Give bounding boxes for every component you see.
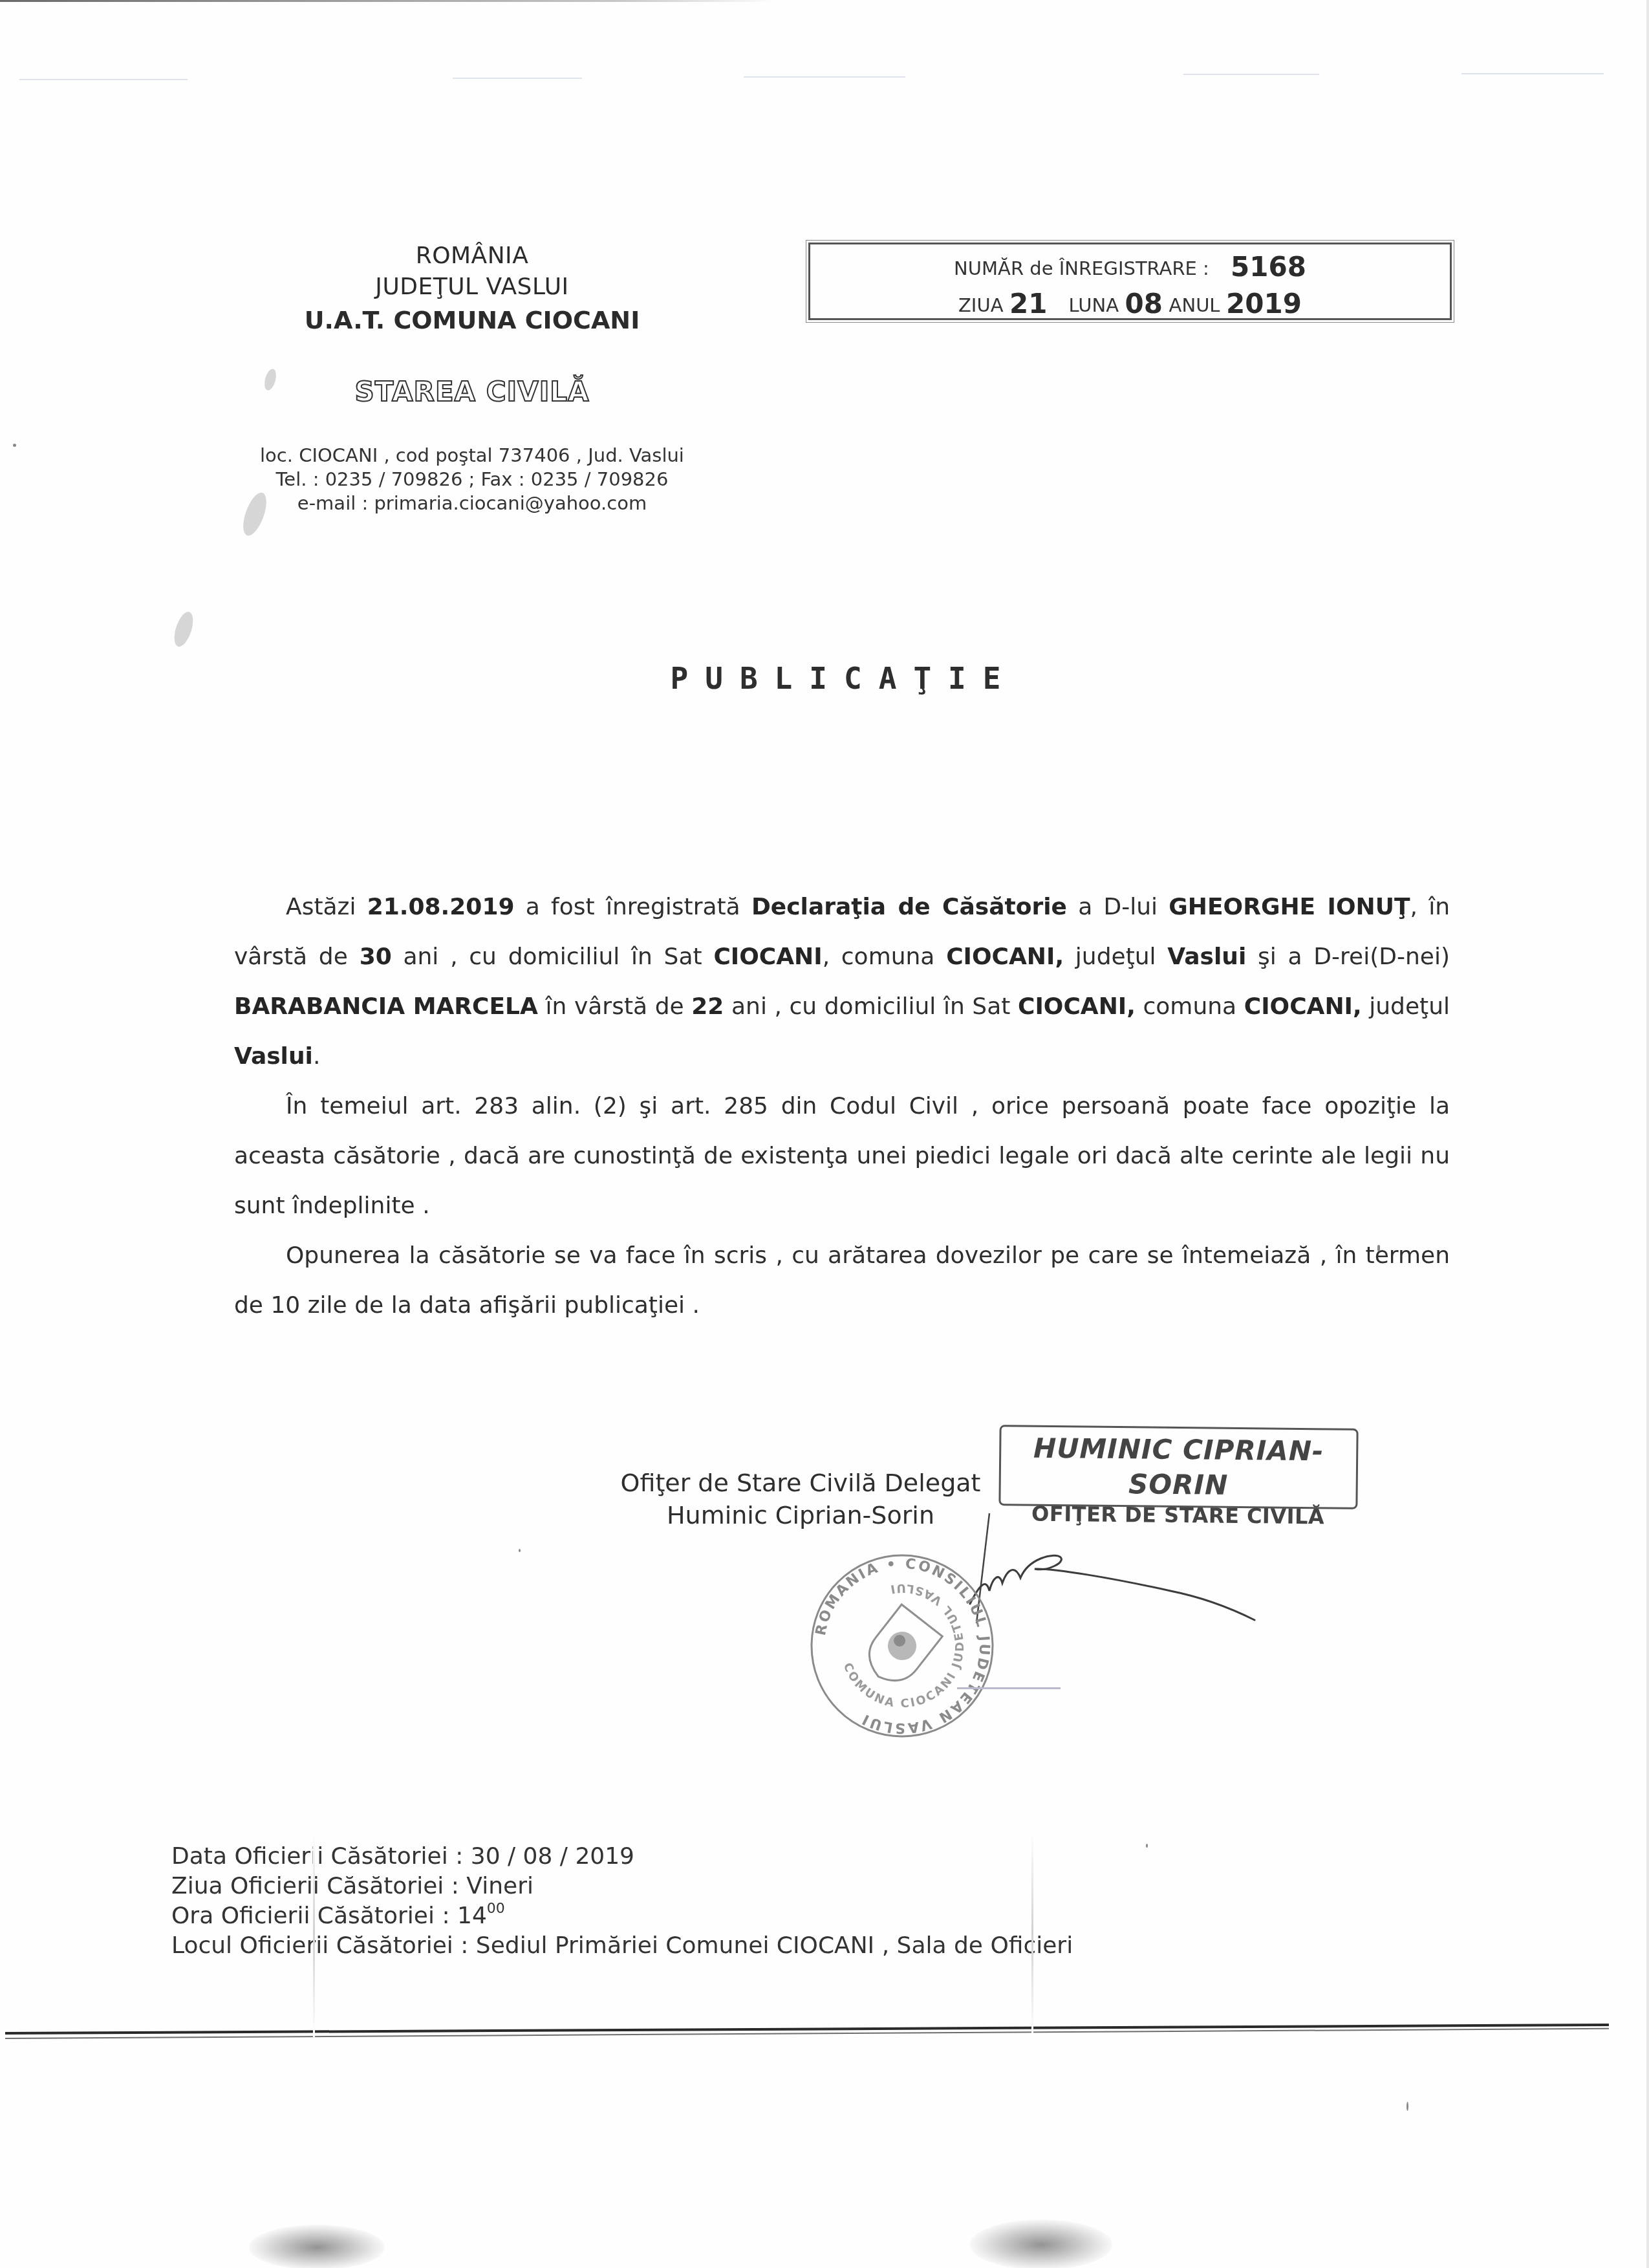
- marriage-place-label: Locul Oficierii Căsătoriei :: [171, 1932, 468, 1959]
- scan-speck: [1406, 2102, 1408, 2111]
- declaration-type: Declaraţia de Căsătorie: [751, 894, 1067, 920]
- registration-number: 5168: [1231, 251, 1306, 283]
- marriage-day-value: Vineri: [466, 1873, 533, 1899]
- publication-body: Astăzi 21.08.2019 a fost înregistrată De…: [234, 882, 1450, 1330]
- email-line: e-mail : primaria.ciocani@yahoo.com: [239, 491, 705, 515]
- registration-date: 21.08.2019: [367, 894, 515, 920]
- groom-village: CIOCANI: [713, 944, 822, 970]
- bride-commune: CIOCANI,: [1244, 993, 1362, 1020]
- groom-commune: CIOCANI,: [946, 944, 1064, 970]
- marriage-day-label: Ziua Oficierii Căsătoriei :: [171, 1873, 459, 1899]
- marriage-date-row: Data Oficierii Căsătoriei : 30 / 08 / 20…: [171, 1842, 1073, 1872]
- bride-age: 22: [691, 993, 724, 1020]
- officer-signature-block: Ofiţer de Stare Civilă Delegat Huminic C…: [594, 1467, 1008, 1531]
- scan-artifact-line: [957, 1687, 1061, 1689]
- marriage-hour-label: Ora Oficierii Căsătoriei :: [171, 1903, 450, 1929]
- handwritten-signature-icon: [951, 1507, 1287, 1636]
- scan-artifact-line: [1183, 74, 1319, 75]
- document-title: PUBLICAŢIE: [0, 661, 1649, 696]
- day-value: 21: [1009, 288, 1047, 319]
- month-label: LUNA: [1069, 294, 1119, 316]
- marriage-date-value: 30 / 08 / 2019: [471, 1843, 634, 1870]
- scan-roller-smudge: [249, 2225, 385, 2268]
- round-official-seal-icon: ROMANIA • CONSILIUL JUDETEAN VASLUI COMU…: [805, 1549, 999, 1743]
- scan-speck: [1146, 1844, 1148, 1848]
- scan-speck: [519, 1549, 521, 1552]
- month-value: 08: [1125, 288, 1163, 319]
- groom-county: Vaslui: [1167, 944, 1246, 970]
- scan-speck: [13, 444, 16, 447]
- marriage-day-row: Ziua Oficierii Căsătoriei : Vineri: [171, 1872, 1073, 1901]
- marriage-hour-value: 14: [457, 1903, 487, 1929]
- stamp-officer-name: HUMINIC CIPRIAN-SORIN: [1000, 1431, 1356, 1504]
- marriage-place-value: Sediul Primăriei Comunei CIOCANI , Sala …: [476, 1932, 1073, 1959]
- scan-smudge: [171, 610, 197, 649]
- officer-name: Huminic Ciprian-Sorin: [594, 1499, 1008, 1531]
- scanned-page: ROMÂNIA JUDEŢUL VASLUI U.A.T. COMUNA CIO…: [0, 0, 1649, 2268]
- unit-name: U.A.T. COMUNA CIOCANI: [239, 303, 705, 338]
- registration-number-label: NUMĂR de ÎNREGISTRARE :: [954, 257, 1209, 279]
- registration-number-row: NUMĂR de ÎNREGISTRARE : 5168: [810, 250, 1450, 286]
- bride-county: Vaslui: [234, 1043, 313, 1070]
- groom-name: GHEORGHE IONUŢ: [1169, 894, 1410, 920]
- country-name: ROMÂNIA: [239, 241, 705, 272]
- marriage-details: Data Oficierii Căsătoriei : 30 / 08 / 20…: [171, 1842, 1073, 1961]
- groom-age: 30: [360, 944, 392, 970]
- marriage-date-label: Data Oficierii Căsătoriei :: [171, 1843, 463, 1870]
- scan-artifact-line: [453, 78, 582, 79]
- institution-header: ROMÂNIA JUDEŢUL VASLUI U.A.T. COMUNA CIO…: [239, 241, 705, 515]
- scan-speck: [1377, 1245, 1380, 1251]
- scan-streak: [1031, 1830, 1033, 2037]
- scan-artifact-line: [744, 76, 905, 78]
- scan-edge-artifact: [0, 0, 776, 2]
- officer-title: Ofiţer de Stare Civilă Delegat: [594, 1467, 1008, 1499]
- county-name: JUDEŢUL VASLUI: [239, 272, 705, 303]
- year-value: 2019: [1226, 288, 1302, 319]
- address-line: loc. CIOCANI , cod poştal 737406 , Jud. …: [239, 444, 705, 468]
- paragraph-opposition: Opunerea la căsătorie se va face în scri…: [234, 1231, 1450, 1330]
- officer-stamp: HUMINIC CIPRIAN-SORIN OFIŢER DE STARE CI…: [998, 1425, 1358, 1509]
- department-name: STAREA CIVILĂ: [239, 375, 705, 409]
- paragraph-legal-basis: În temeiul art. 283 alin. (2) şi art. 28…: [234, 1081, 1450, 1231]
- marriage-hour-minutes: 00: [487, 1901, 505, 1917]
- contact-info: loc. CIOCANI , cod poştal 737406 , Jud. …: [239, 444, 705, 515]
- marriage-hour-row: Ora Oficierii Căsătoriei : 1400: [171, 1901, 1073, 1931]
- paragraph-declaration: Astăzi 21.08.2019 a fost înregistrată De…: [234, 882, 1450, 1081]
- year-label: ANUL: [1169, 294, 1220, 316]
- scan-artifact-line: [1461, 73, 1604, 74]
- bride-village: CIOCANI,: [1018, 993, 1136, 1020]
- registration-date-row: ZIUA 21 LUNA 08 ANUL 2019: [810, 286, 1450, 323]
- marriage-place-row: Locul Oficierii Căsătoriei : Sediul Prim…: [171, 1931, 1073, 1961]
- day-label: ZIUA: [958, 294, 1003, 316]
- phone-fax-line: Tel. : 0235 / 709826 ; Fax : 0235 / 7098…: [239, 468, 705, 491]
- scan-artifact-line: [19, 79, 188, 80]
- registration-box: NUMĂR de ÎNREGISTRARE : 5168 ZIUA 21 LUN…: [808, 243, 1452, 320]
- scan-roller-smudge: [970, 2219, 1112, 2268]
- scan-edge-artifact: [1646, 0, 1649, 2268]
- scan-streak: [313, 1830, 315, 2037]
- bride-name: BARABANCIA MARCELA: [234, 993, 538, 1020]
